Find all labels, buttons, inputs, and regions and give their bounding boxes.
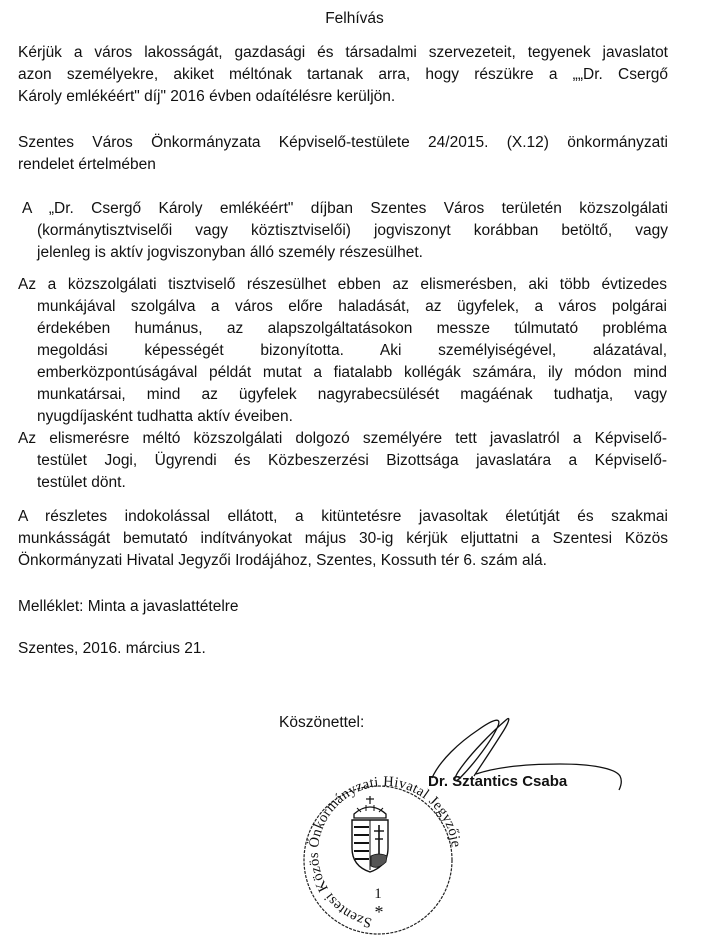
signer-name: Dr. Sztantics Csaba — [428, 772, 567, 792]
text-line: Kérjük a város lakosságát, gazdasági és … — [18, 42, 668, 64]
text-line: Az elismerésre méltó közszolgálati dolgo… — [37, 428, 667, 450]
text-line: emberközpontúságával példát mutat a fiat… — [37, 362, 667, 384]
text-line: érdekében humánus, az alapszolgáltatások… — [37, 318, 667, 340]
paragraph-decision: Az elismerésre méltó közszolgálati dolgo… — [18, 428, 667, 494]
text-line: testület Jogi, Ügyrendi és Közbeszerzési… — [37, 450, 667, 472]
stamp-star: * — [375, 902, 384, 922]
stamp-number: 1 — [374, 886, 382, 902]
document-page: Felhívás Kérjük a város lakosságát, gazd… — [0, 0, 709, 941]
attachment-note: Melléklet: Minta a javaslattételre — [18, 596, 239, 618]
coat-of-arms-icon — [352, 796, 388, 872]
text-line: testület dönt. — [37, 472, 667, 494]
text-line: jelenleg is aktív jogviszonyban álló sze… — [37, 242, 668, 264]
paragraph-submission: A részletes indokolással ellátott, a kit… — [18, 506, 668, 572]
text-line: munkásságát bemutató indítványokat május… — [18, 528, 668, 550]
text-line: azon személyekre, akiket méltónak tartan… — [18, 64, 668, 86]
official-stamp: Szentesi Közös Önkormányzati Hivatal Jeg… — [300, 768, 470, 936]
text-line: Károly emlékéért" díj" 2016 évben odaíté… — [18, 86, 668, 108]
text-line: munkájával szolgálva a város előre halad… — [37, 296, 667, 318]
closing-text: Köszönettel: — [279, 712, 364, 734]
text-line: nyugdíjasként tudhatta aktív éveiben. — [37, 406, 667, 428]
paragraph-regulation: Szentes Város Önkormányzata Képviselő-te… — [18, 132, 668, 176]
stamp-ring-text: Szentesi Közös Önkormányzati Hivatal Jeg… — [305, 774, 464, 931]
place-date: Szentes, 2016. március 21. — [18, 638, 206, 660]
text-line: A részletes indokolással ellátott, a kit… — [18, 506, 668, 528]
paragraph-eligibility: A „Dr. Csergő Károly emlékéért" díjban S… — [22, 198, 668, 264]
text-line: munkatársai, mind az ügyfelek nagyrabecs… — [37, 384, 667, 406]
text-line: Az a közszolgálati tisztviselő részesülh… — [37, 274, 667, 296]
svg-text:Szentesi Közös Önkormányzati H: Szentesi Közös Önkormányzati Hivatal Jeg… — [305, 774, 464, 931]
document-title: Felhívás — [0, 8, 709, 30]
text-line: (kormánytisztviselői vagy köztisztviselő… — [37, 220, 668, 242]
text-line: Szentes Város Önkormányzata Képviselő-te… — [18, 132, 668, 154]
paragraph-criteria: Az a közszolgálati tisztviselő részesülh… — [18, 274, 667, 428]
paragraph-request: Kérjük a város lakosságát, gazdasági és … — [18, 42, 668, 108]
text-line: A „Dr. Csergő Károly emlékéért" díjban S… — [37, 198, 668, 220]
text-line: rendelet értelmében — [18, 154, 668, 176]
text-line: megoldási képességét bizonyította. Aki s… — [37, 340, 667, 362]
text-line: Önkormányzati Hivatal Jegyzői Irodájához… — [18, 550, 668, 572]
